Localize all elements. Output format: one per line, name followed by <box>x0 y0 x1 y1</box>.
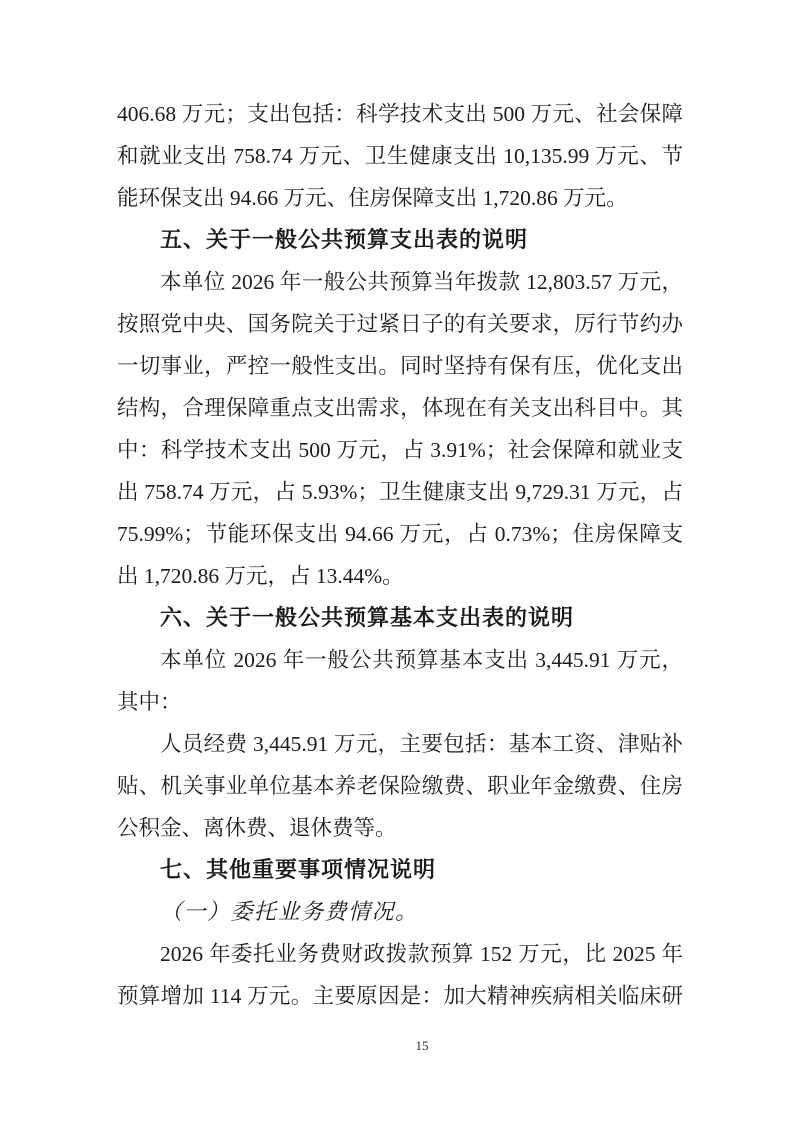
text-line: 本单位 2026 年一般公共预算当年拨款 12,803.57 万元， <box>117 261 683 303</box>
text-line: 贴、机关事业单位基本养老保险缴费、职业年金缴费、住房 <box>117 765 683 807</box>
text-line: 其中： <box>117 681 683 723</box>
section-heading: 六、关于一般公共预算基本支出表的说明 <box>117 597 683 639</box>
text-line: 公积金、离休费、退休费等。 <box>117 807 683 849</box>
subsection-title: （一）委托业务费情况。 <box>117 891 683 933</box>
text-line: 结构，合理保障重点支出需求，体现在有关支出科目中。其 <box>117 387 683 429</box>
text-line: 预算增加 114 万元。主要原因是：加大精神疾病相关临床研 <box>117 975 683 1017</box>
page-number: 15 <box>117 1036 727 1056</box>
section-heading: 五、关于一般公共预算支出表的说明 <box>117 219 683 261</box>
text-line: 一切事业，严控一般性支出。同时坚持有保有压，优化支出 <box>117 345 683 387</box>
text-line: 75.99%；节能环保支出 94.66 万元，占 0.73%；住房保障支 <box>117 513 683 555</box>
text-line: 五、关于一般公共预算支出表的说明 <box>117 219 683 261</box>
text-line: 能环保支出 94.66 万元、住房保障支出 1,720.86 万元。 <box>117 177 683 219</box>
document-page: 406.68 万元；支出包括：科学技术支出 500 万元、社会保障和就业支出 7… <box>0 0 800 1131</box>
text-line: 人员经费 3,445.91 万元，主要包括：基本工资、津贴补 <box>117 723 683 765</box>
text-line: 406.68 万元；支出包括：科学技术支出 500 万元、社会保障 <box>117 93 683 135</box>
text-line: 七、其他重要事项情况说明 <box>117 849 683 891</box>
text-line: 按照党中央、国务院关于过紧日子的有关要求，厉行节约办 <box>117 303 683 345</box>
text-line: （一）委托业务费情况。 <box>117 891 683 933</box>
section-heading: 七、其他重要事项情况说明 <box>117 849 683 891</box>
text-line: 六、关于一般公共预算基本支出表的说明 <box>117 597 683 639</box>
paragraph: 本单位 2026 年一般公共预算基本支出 3,445.91 万元，其中： <box>117 639 683 723</box>
text-line: 中：科学技术支出 500 万元，占 3.91%；社会保障和就业支 <box>117 429 683 471</box>
text-line: 出 1,720.86 万元，占 13.44%。 <box>117 555 683 597</box>
page-content: 406.68 万元；支出包括：科学技术支出 500 万元、社会保障和就业支出 7… <box>117 93 683 1017</box>
paragraph: 本单位 2026 年一般公共预算当年拨款 12,803.57 万元，按照党中央、… <box>117 261 683 597</box>
text-line: 和就业支出 758.74 万元、卫生健康支出 10,135.99 万元、节 <box>117 135 683 177</box>
paragraph: 406.68 万元；支出包括：科学技术支出 500 万元、社会保障和就业支出 7… <box>117 93 683 219</box>
text-line: 2026 年委托业务费财政拨款预算 152 万元，比 2025 年 <box>117 933 683 975</box>
text-line: 本单位 2026 年一般公共预算基本支出 3,445.91 万元， <box>117 639 683 681</box>
paragraph: 人员经费 3,445.91 万元，主要包括：基本工资、津贴补贴、机关事业单位基本… <box>117 723 683 849</box>
paragraph: 2026 年委托业务费财政拨款预算 152 万元，比 2025 年预算增加 11… <box>117 933 683 1017</box>
text-line: 出 758.74 万元，占 5.93%；卫生健康支出 9,729.31 万元，占 <box>117 471 683 513</box>
